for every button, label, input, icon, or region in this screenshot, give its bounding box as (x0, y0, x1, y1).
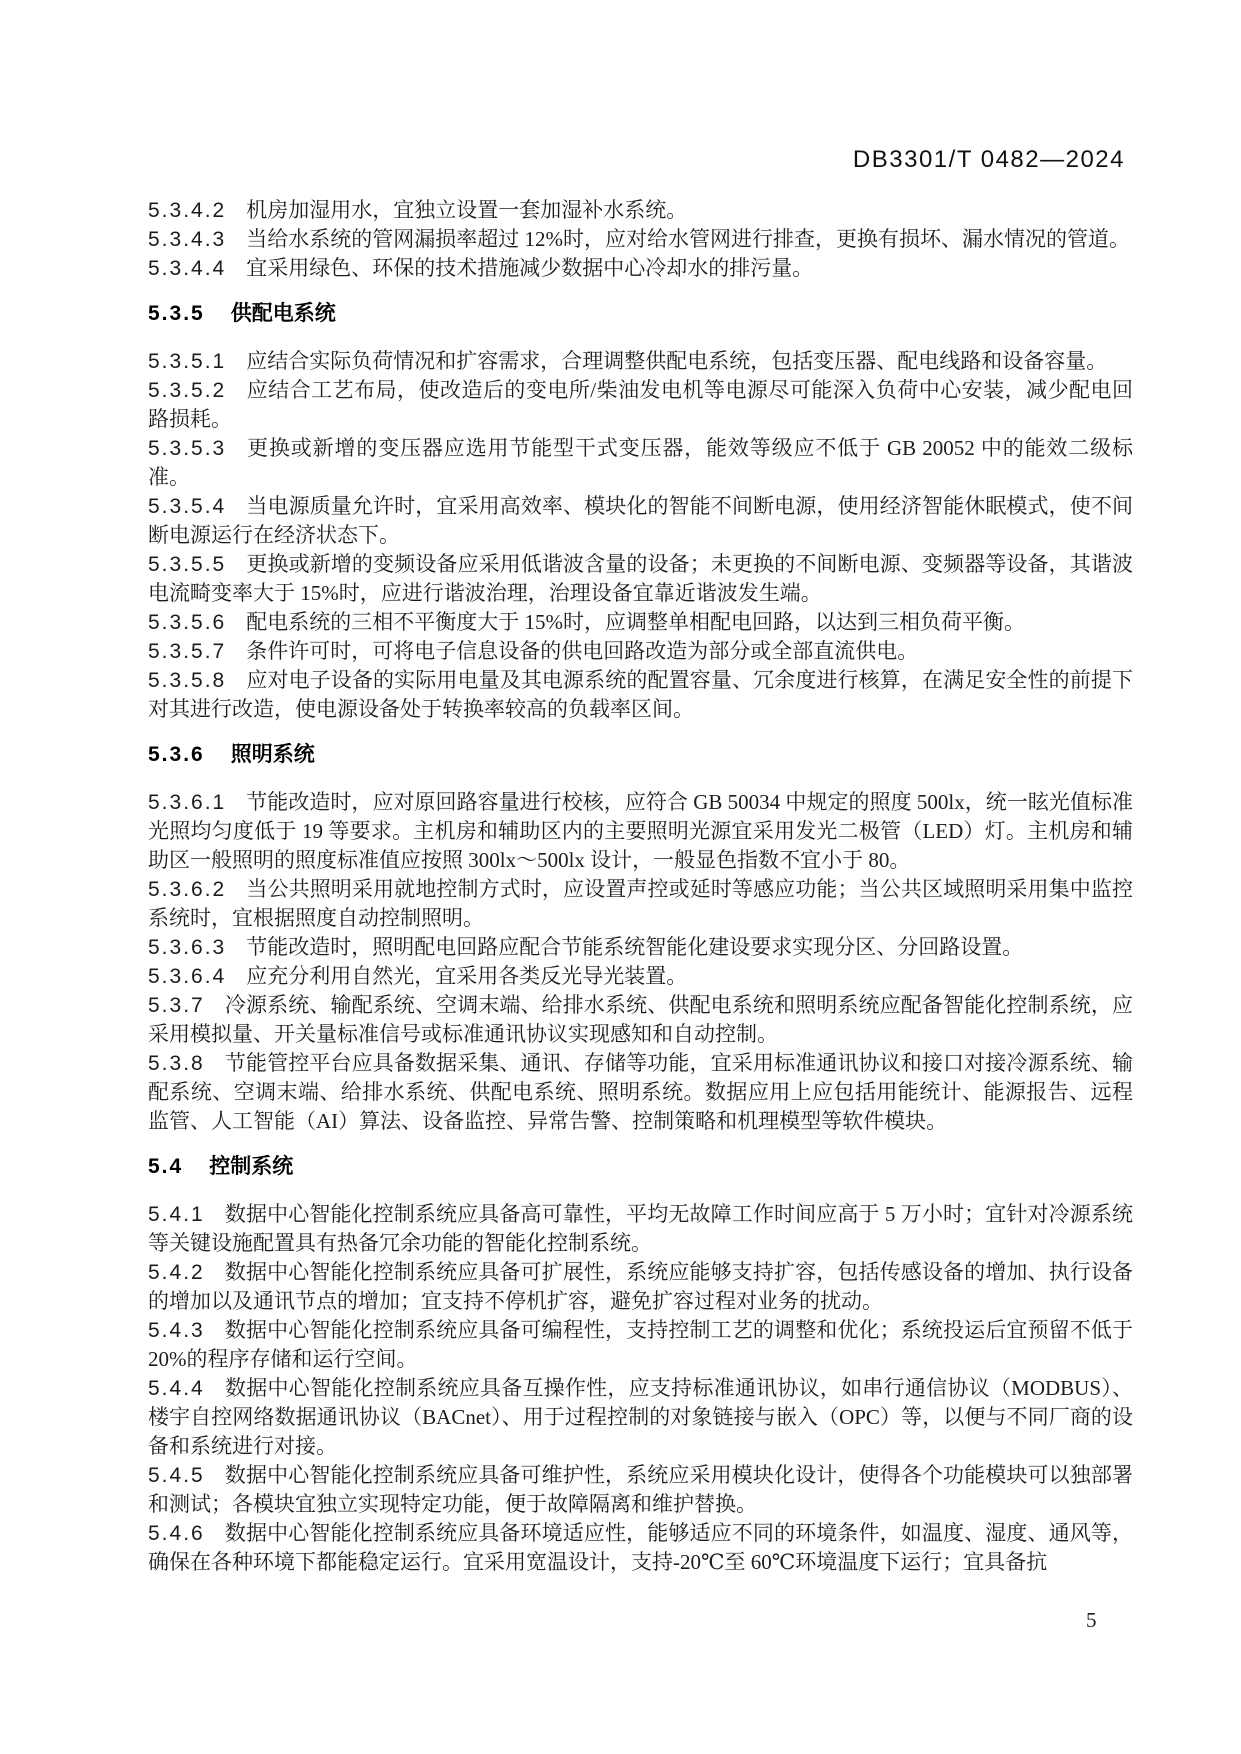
clause-number: 5.3.6.4 (148, 965, 246, 988)
clause-number: 5.3.5.3 (148, 437, 246, 460)
clause-paragraph: 5.3.6.1节能改造时，应对原回路容量进行校核，应符合 GB 50034 中规… (148, 788, 1133, 875)
page-number: 5 (1086, 1608, 1097, 1633)
clause-paragraph: 5.4.6数据中心智能化控制系统应具备环境适应性，能够适应不同的环境条件，如温度… (148, 1519, 1133, 1577)
clause-text: 数据中心智能化控制系统应具备高可靠性，平均无故障工作时间应高于 5 万小时；宜针… (148, 1202, 1133, 1255)
clause-paragraph: 5.3.5.2应结合工艺布局，使改造后的变电所/柴油发电机等电源尽可能深入负荷中… (148, 376, 1133, 434)
clause-text: 节能改造时，照明配电回路应配合节能系统智能化建设要求实现分区、分回路设置。 (246, 935, 1023, 959)
standard-number-header: DB3301/T 0482—2024 (853, 146, 1125, 174)
clause-number: 5.3.4.2 (148, 199, 246, 222)
clause-paragraph: 5.3.4.4宜采用绿色、环保的技术措施减少数据中心冷却水的排污量。 (148, 254, 1133, 283)
clause-paragraph: 5.3.5.1应结合实际负荷情况和扩容需求，合理调整供配电系统，包括变压器、配电… (148, 347, 1133, 376)
clause-paragraph: 5.3.5.6配电系统的三相不平衡度大于 15%时，应调整单相配电回路，以达到三… (148, 608, 1133, 637)
clause-number: 5.4.4 (148, 1377, 225, 1400)
clause-text: 冷源系统、输配系统、空调末端、给排水系统、供配电系统和照明系统应配备智能化控制系… (148, 993, 1133, 1046)
clause-text: 数据中心智能化控制系统应具备可扩展性，系统应能够支持扩容，包括传感设备的增加、执… (148, 1260, 1133, 1313)
clause-number: 5.4.1 (148, 1203, 225, 1226)
clause-paragraph: 5.3.4.3当给水系统的管网漏损率超过 12%时，应对给水管网进行排查，更换有… (148, 225, 1133, 254)
clause-text: 供配电系统 (231, 302, 336, 325)
clause-number: 5.3.5.7 (148, 640, 246, 663)
clause-text: 节能管控平台应具备数据采集、通讯、存储等功能，宜采用标准通讯协议和接口对接冷源系… (148, 1051, 1133, 1133)
clause-text: 配电系统的三相不平衡度大于 15%时，应调整单相配电回路，以达到三相负荷平衡。 (246, 610, 1025, 634)
clause-text: 宜采用绿色、环保的技术措施减少数据中心冷却水的排污量。 (246, 256, 813, 280)
clause-paragraph: 5.3.6.2当公共照明采用就地控制方式时，应设置声控或延时等感应功能；当公共区… (148, 875, 1133, 933)
clause-number: 5.4.6 (148, 1522, 225, 1545)
clause-number: 5.3.6.3 (148, 936, 246, 959)
clause-number: 5.3.6.2 (148, 878, 246, 901)
clause-text: 应结合实际负荷情况和扩容需求，合理调整供配电系统，包括变压器、配电线路和设备容量… (246, 349, 1107, 373)
clause-text: 数据中心智能化控制系统应具备可编程性，支持控制工艺的调整和优化；系统投运后宜预留… (148, 1318, 1133, 1371)
section-heading: 5.3.5供配电系统 (148, 299, 1133, 328)
clause-text: 节能改造时，应对原回路容量进行校核，应符合 GB 50034 中规定的照度 50… (148, 790, 1133, 872)
section-heading: 5.4控制系统 (148, 1152, 1133, 1181)
clause-paragraph: 5.4.1数据中心智能化控制系统应具备高可靠性，平均无故障工作时间应高于 5 万… (148, 1200, 1133, 1258)
clause-paragraph: 5.3.5.3更换或新增的变压器应选用节能型干式变压器，能效等级应不低于 GB … (148, 434, 1133, 492)
document-page: DB3301/T 0482—2024 5.3.4.2机房加湿用水，宜独立设置一套… (0, 0, 1241, 1754)
document-body: 5.3.4.2机房加湿用水，宜独立设置一套加湿补水系统。5.3.4.3当给水系统… (148, 196, 1133, 1577)
clause-number: 5.4 (148, 1155, 209, 1178)
clause-number: 5.3.5.6 (148, 611, 246, 634)
clause-text: 数据中心智能化控制系统应具备互操作性，应支持标准通讯协议，如串行通信协议（MOD… (148, 1376, 1133, 1458)
clause-text: 更换或新增的变压器应选用节能型干式变压器，能效等级应不低于 GB 20052 中… (148, 436, 1133, 489)
clause-paragraph: 5.3.5.7条件许可时，可将电子信息设备的供电回路改造为部分或全部直流供电。 (148, 637, 1133, 666)
clause-number: 5.4.5 (148, 1464, 225, 1487)
clause-text: 数据中心智能化控制系统应具备可维护性，系统应采用模块化设计，使得各个功能模块可以… (148, 1463, 1133, 1516)
clause-number: 5.3.4.3 (148, 228, 246, 251)
clause-paragraph: 5.3.6.3节能改造时，照明配电回路应配合节能系统智能化建设要求实现分区、分回… (148, 933, 1133, 962)
clause-number: 5.3.6 (148, 743, 231, 766)
clause-paragraph: 5.4.4数据中心智能化控制系统应具备互操作性，应支持标准通讯协议，如串行通信协… (148, 1374, 1133, 1461)
clause-number: 5.3.5 (148, 302, 231, 325)
clause-number: 5.3.8 (148, 1052, 225, 1075)
clause-paragraph: 5.3.6.4应充分利用自然光，宜采用各类反光导光装置。 (148, 962, 1133, 991)
clause-text: 数据中心智能化控制系统应具备环境适应性，能够适应不同的环境条件，如温度、湿度、通… (148, 1521, 1133, 1574)
clause-number: 5.3.4.4 (148, 257, 246, 280)
clause-paragraph: 5.3.8节能管控平台应具备数据采集、通讯、存储等功能，宜采用标准通讯协议和接口… (148, 1049, 1133, 1136)
clause-paragraph: 5.3.5.8应对电子设备的实际用电量及其电源系统的配置容量、冗余度进行核算，在… (148, 666, 1133, 724)
clause-number: 5.4.3 (148, 1319, 225, 1342)
section-heading: 5.3.6照明系统 (148, 740, 1133, 769)
clause-paragraph: 5.4.3数据中心智能化控制系统应具备可编程性，支持控制工艺的调整和优化；系统投… (148, 1316, 1133, 1374)
clause-number: 5.3.5.2 (148, 379, 246, 402)
clause-number: 5.3.5.4 (148, 495, 246, 518)
clause-text: 应对电子设备的实际用电量及其电源系统的配置容量、冗余度进行核算，在满足安全性的前… (148, 668, 1133, 721)
clause-number: 5.3.5.8 (148, 669, 246, 692)
clause-text: 控制系统 (209, 1155, 293, 1178)
clause-text: 当电源质量允许时，宜采用高效率、模块化的智能不间断电源，使用经济智能休眠模式，使… (148, 494, 1133, 547)
clause-paragraph: 5.4.5数据中心智能化控制系统应具备可维护性，系统应采用模块化设计，使得各个功… (148, 1461, 1133, 1519)
clause-number: 5.4.2 (148, 1261, 225, 1284)
clause-number: 5.3.5.5 (148, 553, 246, 576)
clause-paragraph: 5.3.7冷源系统、输配系统、空调末端、给排水系统、供配电系统和照明系统应配备智… (148, 991, 1133, 1049)
clause-paragraph: 5.4.2数据中心智能化控制系统应具备可扩展性，系统应能够支持扩容，包括传感设备… (148, 1258, 1133, 1316)
clause-text: 应结合工艺布局，使改造后的变电所/柴油发电机等电源尽可能深入负荷中心安装，减少配… (148, 378, 1133, 431)
clause-paragraph: 5.3.5.5更换或新增的变频设备应采用低谐波含量的设备；未更换的不间断电源、变… (148, 550, 1133, 608)
clause-number: 5.3.6.1 (148, 791, 246, 814)
clause-text: 当给水系统的管网漏损率超过 12%时，应对给水管网进行排查，更换有损坏、漏水情况… (246, 227, 1130, 251)
clause-number: 5.3.7 (148, 994, 225, 1017)
clause-paragraph: 5.3.5.4当电源质量允许时，宜采用高效率、模块化的智能不间断电源，使用经济智… (148, 492, 1133, 550)
clause-text: 照明系统 (231, 743, 315, 766)
clause-text: 当公共照明采用就地控制方式时，应设置声控或延时等感应功能；当公共区域照明采用集中… (148, 877, 1133, 930)
clause-text: 应充分利用自然光，宜采用各类反光导光装置。 (246, 964, 687, 988)
clause-number: 5.3.5.1 (148, 350, 246, 373)
clause-text: 更换或新增的变频设备应采用低谐波含量的设备；未更换的不间断电源、变频器等设备，其… (148, 552, 1133, 605)
clause-text: 机房加湿用水，宜独立设置一套加湿补水系统。 (246, 198, 687, 222)
clause-text: 条件许可时，可将电子信息设备的供电回路改造为部分或全部直流供电。 (246, 639, 918, 663)
clause-paragraph: 5.3.4.2机房加湿用水，宜独立设置一套加湿补水系统。 (148, 196, 1133, 225)
